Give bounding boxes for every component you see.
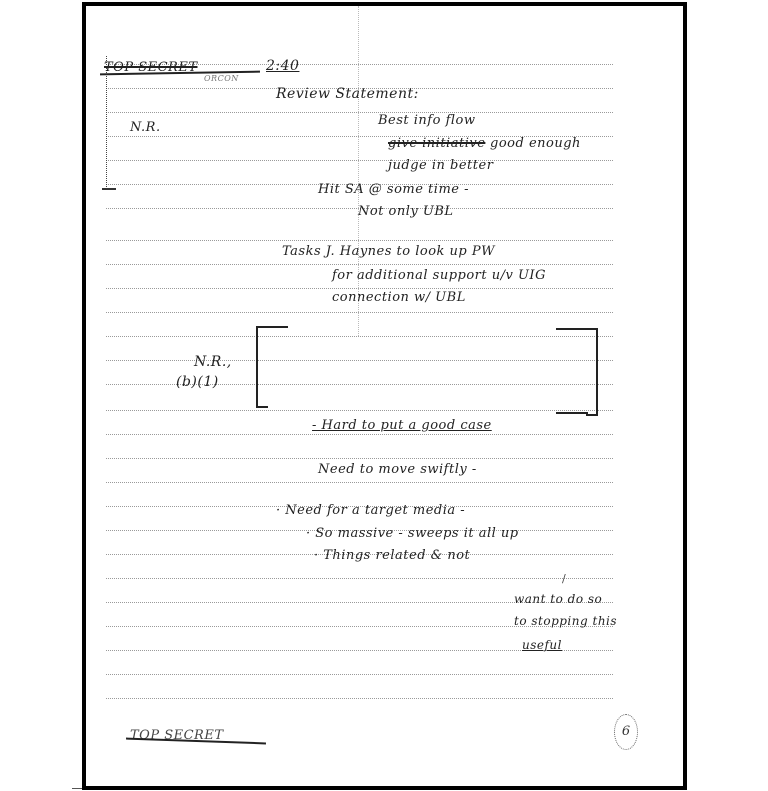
ruled-line [106,578,613,579]
redaction-bracket-right [586,328,598,416]
ruled-line [106,698,613,699]
margin-bracket-end [102,188,116,190]
note-line: Hit SA @ some time - [318,182,469,197]
ruled-line [106,360,613,361]
note-line: want to do so [514,592,602,606]
note-line: Tasks J. Haynes to look up PW [282,244,495,259]
note-line: for additional support u/v UIG [332,268,546,283]
scanned-page: TOP SECRET ORCON 2:40 N.R. Review Statem… [82,2,687,790]
redaction-marker-nr: N.R. [130,120,161,135]
note-line: - Hard to put a good case [312,418,492,433]
page-number: 6 [614,714,638,750]
redaction-exemption-code: (b)(1) [176,374,219,390]
note-line: · So massive - sweeps it all up [306,526,519,541]
ruled-line [106,434,613,435]
note-line: Need to move swiftly - [318,462,477,477]
ruled-line [106,264,613,265]
ruled-line [106,458,613,459]
redaction-marker-box: N.R., [194,354,232,370]
classification-header-sub: ORCON [204,74,239,83]
redaction-bracket-right-bottom [556,412,588,414]
insert-caret: / [562,572,566,585]
note-line-text: Need for a target media - [285,503,465,518]
note-line-text: So massive - sweeps it all up [315,526,518,541]
note-line: · Need for a target media - [276,503,465,518]
crossed-out-text: give initiative [388,136,485,151]
note-line: useful [522,638,562,652]
ruled-line [106,674,613,675]
note-line: connection w/ UBL [332,290,466,305]
note-line: to stopping this [514,614,617,628]
ruled-line [106,410,613,411]
ruled-line [106,240,613,241]
redaction-bracket-right-top [556,328,586,330]
ruled-line [106,482,613,483]
time-note: 2:40 [266,58,299,74]
ruled-line [106,312,613,313]
redaction-bracket-left-top [258,326,288,328]
note-line: give initiative good enough [388,136,581,151]
ruled-line [106,112,613,113]
margin-line [358,6,359,336]
ruled-line [106,160,613,161]
redaction-bracket-left [256,326,268,408]
note-line-tail: good enough [490,136,581,151]
margin-bracket [106,56,115,189]
note-heading: Review Statement: [276,86,419,102]
ruled-line [106,288,613,289]
note-line-text: Things related & not [323,548,470,563]
ruled-line [106,336,613,337]
note-line: · Things related & not [314,548,470,563]
note-line: Best info flow [378,113,476,128]
note-line: judge in better [388,158,493,173]
note-line: Not only UBL [358,204,454,219]
